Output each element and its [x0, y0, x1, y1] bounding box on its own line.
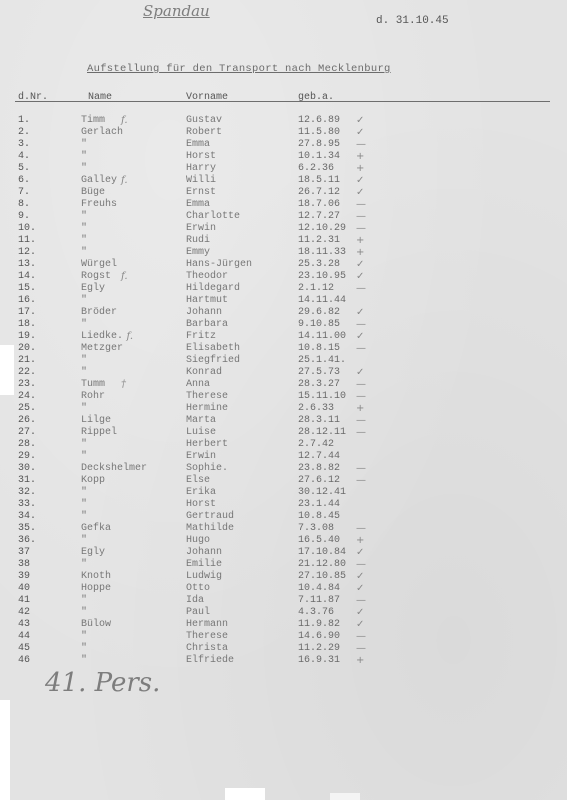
row-mark: ✓ [356, 115, 364, 126]
handwritten-place: Spandau [143, 2, 210, 20]
row-first-name: Fritz [186, 331, 216, 342]
row-mark: + [356, 655, 364, 666]
row-number: 27. [18, 427, 38, 438]
row-name: " [81, 487, 87, 498]
row-number: 4. [18, 151, 38, 162]
row-dob: 14.11.00 [298, 331, 346, 342]
table-row: 2.GerlachRobert11.5.80✓ [0, 127, 567, 139]
row-number: 24. [18, 391, 38, 402]
row-first-name: Erwin [186, 223, 216, 234]
table-row: 27.RippelLuise28.12.11— [0, 427, 567, 439]
row-first-name: Emma [186, 199, 210, 210]
table-row: 22."Konrad27.5.73✓ [0, 367, 567, 379]
row-mark: — [356, 523, 366, 534]
row-name: Lilge [81, 415, 111, 426]
row-name: " [81, 451, 87, 462]
row-number: 32. [18, 487, 38, 498]
row-first-name: Therese [186, 631, 228, 642]
row-dob: 27.6.12 [298, 475, 340, 486]
row-first-name: Elisabeth [186, 343, 240, 354]
document-date: d. 31.10.45 [376, 15, 449, 27]
row-name: " [81, 643, 87, 654]
row-number: 43 [18, 619, 38, 630]
row-dob: 29.6.82 [298, 307, 340, 318]
row-mark: — [356, 559, 366, 570]
row-mark: ✓ [356, 367, 364, 378]
row-name: Tumm [81, 379, 105, 390]
row-number: 42 [18, 607, 38, 618]
row-dob: 15.11.10 [298, 391, 346, 402]
table-row: 8.FreuhsEmma18.7.06— [0, 199, 567, 211]
row-mark: ✓ [356, 331, 364, 342]
torn-edge [330, 793, 360, 800]
row-dob: 10.1.34 [298, 151, 340, 162]
row-dob: 25.1.41. [298, 355, 346, 366]
row-mark: — [356, 211, 366, 222]
row-dob: 28.12.11 [298, 427, 346, 438]
table-row: 18."Barbara9.10.85— [0, 319, 567, 331]
row-first-name: Sophie. [186, 463, 228, 474]
row-dob: 11.2.31 [298, 235, 340, 246]
row-dob: 28.3.27 [298, 379, 340, 390]
row-name: Bülow [81, 619, 111, 630]
row-first-name: Elfriede [186, 655, 234, 666]
row-name: Galley [81, 175, 117, 186]
row-number: 38 [18, 559, 38, 570]
row-number: 9. [18, 211, 38, 222]
row-dob: 18.5.11 [298, 175, 340, 186]
row-mark: — [356, 223, 366, 234]
row-dob: 25.3.28 [298, 259, 340, 270]
row-number: 35. [18, 523, 38, 534]
row-name: " [81, 499, 87, 510]
row-mark: ✓ [356, 127, 364, 138]
row-mark: — [356, 391, 366, 402]
row-number: 29. [18, 451, 38, 462]
row-name: Gerlach [81, 127, 123, 138]
row-first-name: Johann [186, 547, 222, 558]
row-name: " [81, 295, 87, 306]
row-dob: 14.11.44 [298, 295, 346, 306]
row-name: " [81, 151, 87, 162]
row-handwritten-note: † [121, 379, 126, 390]
row-number: 41 [18, 595, 38, 606]
header-rule [15, 101, 550, 102]
row-number: 11. [18, 235, 38, 246]
row-name: " [81, 247, 87, 258]
row-dob: 10.8.45 [298, 511, 340, 522]
row-mark: — [356, 463, 366, 474]
row-first-name: Marta [186, 415, 216, 426]
row-number: 18. [18, 319, 38, 330]
row-name: " [81, 631, 87, 642]
row-dob: 12.7.27 [298, 211, 340, 222]
row-number: 37 [18, 547, 38, 558]
row-name: Kopp [81, 475, 105, 486]
row-first-name: Emma [186, 139, 210, 150]
row-name: " [81, 367, 87, 378]
row-number: 3. [18, 139, 38, 150]
table-row: 36."Hugo16.5.40+ [0, 535, 567, 547]
row-name: Rohr [81, 391, 105, 402]
table-row: 20.MetzgerElisabeth10.8.15— [0, 343, 567, 355]
row-dob: 11.5.80 [298, 127, 340, 138]
table-row: 7.BügeErnst26.7.12✓ [0, 187, 567, 199]
row-dob: 26.7.12 [298, 187, 340, 198]
row-name: Gefka [81, 523, 111, 534]
row-first-name: Erwin [186, 451, 216, 462]
row-name: " [81, 403, 87, 414]
row-first-name: Hildegard [186, 283, 240, 294]
row-first-name: Robert [186, 127, 222, 138]
document-title: Aufstellung für den Transport nach Meckl… [87, 63, 391, 75]
row-first-name: Hugo [186, 535, 210, 546]
row-first-name: Ludwig [186, 571, 222, 582]
row-mark: ✓ [356, 571, 364, 582]
row-dob: 10.4.84 [298, 583, 340, 594]
row-number: 1. [18, 115, 38, 126]
row-number: 46 [18, 655, 38, 666]
row-first-name: Gertraud [186, 511, 234, 522]
row-mark: — [356, 427, 366, 438]
row-first-name: Otto [186, 583, 210, 594]
row-number: 28. [18, 439, 38, 450]
row-name: " [81, 607, 87, 618]
row-name: Hoppe [81, 583, 111, 594]
torn-edge [0, 700, 10, 800]
row-mark: — [356, 343, 366, 354]
table-row: 17.BröderJohann29.6.82✓ [0, 307, 567, 319]
row-name: " [81, 223, 87, 234]
row-dob: 30.12.41 [298, 487, 346, 498]
row-mark: — [356, 319, 366, 330]
table-row: 19.Liedke.Fritz14.11.00✓f. [0, 331, 567, 343]
row-first-name: Horst [186, 151, 216, 162]
row-dob: 17.10.84 [298, 547, 346, 558]
table-row: 34."Gertraud10.8.45 [0, 511, 567, 523]
document-page: Spandau d. 31.10.45 Aufstellung für den … [0, 0, 567, 800]
table-header: d.Nr. Name Vorname geb.a. [0, 92, 567, 104]
row-dob: 11.2.29 [298, 643, 340, 654]
row-mark: — [356, 199, 366, 210]
row-dob: 6.2.36 [298, 163, 334, 174]
row-mark: — [356, 379, 366, 390]
row-name: Liedke. [81, 331, 123, 342]
table-row: 24.RohrTherese15.11.10— [0, 391, 567, 403]
row-dob: 2.7.42 [298, 439, 334, 450]
row-mark: ✓ [356, 259, 364, 270]
row-mark: ✓ [356, 187, 364, 198]
row-mark: + [356, 163, 364, 174]
row-name: " [81, 235, 87, 246]
table-row: 29."Erwin12.7.44 [0, 451, 567, 463]
row-dob: 28.3.11 [298, 415, 340, 426]
row-dob: 23.10.95 [298, 271, 346, 282]
torn-edge [225, 788, 265, 800]
row-handwritten-note: f. [121, 271, 128, 282]
table-row: 4."Horst10.1.34+ [0, 151, 567, 163]
row-name: Rippel [81, 427, 117, 438]
row-name: " [81, 655, 87, 666]
row-first-name: Harry [186, 163, 216, 174]
row-number: 40 [18, 583, 38, 594]
row-number: 20. [18, 343, 38, 354]
table-row: 14.RogstTheodor23.10.95✓f. [0, 271, 567, 283]
table-row: 32."Erika30.12.41 [0, 487, 567, 499]
row-name: Freuhs [81, 199, 117, 210]
table-row: 41"Ida7.11.87— [0, 595, 567, 607]
row-name: Knoth [81, 571, 111, 582]
row-first-name: Hartmut [186, 295, 228, 306]
row-dob: 16.9.31 [298, 655, 340, 666]
row-mark: ✓ [356, 619, 364, 630]
row-mark: + [356, 235, 364, 246]
table-row: 12."Emmy18.11.33+ [0, 247, 567, 259]
table-row: 37EglyJohann17.10.84✓ [0, 547, 567, 559]
row-first-name: Luise [186, 427, 216, 438]
row-mark: ✓ [356, 607, 364, 618]
table-row: 3."Emma27.8.95— [0, 139, 567, 151]
row-name: " [81, 355, 87, 366]
row-number: 39 [18, 571, 38, 582]
row-first-name: Mathilde [186, 523, 234, 534]
row-dob: 2.1.12 [298, 283, 334, 294]
table-row: 43BülowHermann11.9.82✓ [0, 619, 567, 631]
row-dob: 27.5.73 [298, 367, 340, 378]
row-number: 15. [18, 283, 38, 294]
row-first-name: Hermann [186, 619, 228, 630]
row-dob: 27.10.85 [298, 571, 346, 582]
row-dob: 27.8.95 [298, 139, 340, 150]
row-number: 12. [18, 247, 38, 258]
table-row: 33."Horst23.1.44 [0, 499, 567, 511]
row-dob: 7.3.08 [298, 523, 334, 534]
row-number: 10. [18, 223, 38, 234]
row-number: 30. [18, 463, 38, 474]
row-name: " [81, 439, 87, 450]
table-row: 30.DeckshelmerSophie.23.8.82— [0, 463, 567, 475]
table-row: 11."Rudi11.2.31+ [0, 235, 567, 247]
table-row: 28."Herbert2.7.42 [0, 439, 567, 451]
row-dob: 16.5.40 [298, 535, 340, 546]
row-dob: 23.8.82 [298, 463, 340, 474]
row-mark: — [356, 631, 366, 642]
row-number: 2. [18, 127, 38, 138]
row-mark: ✓ [356, 175, 364, 186]
row-first-name: Gustav [186, 115, 222, 126]
row-name: Timm [81, 115, 105, 126]
table-row: 16."Hartmut14.11.44 [0, 295, 567, 307]
row-name: " [81, 163, 87, 174]
row-number: 17. [18, 307, 38, 318]
row-dob: 11.9.82 [298, 619, 340, 630]
row-name: " [81, 595, 87, 606]
table-row: 5."Harry6.2.36+ [0, 163, 567, 175]
row-first-name: Barbara [186, 319, 228, 330]
row-number: 45 [18, 643, 38, 654]
row-number: 34. [18, 511, 38, 522]
row-number: 13. [18, 259, 38, 270]
row-mark: — [356, 139, 366, 150]
row-first-name: Ernst [186, 187, 216, 198]
table-row: 35.GefkaMathilde7.3.08— [0, 523, 567, 535]
row-first-name: Willi [186, 175, 216, 186]
row-number: 19. [18, 331, 38, 342]
row-first-name: Rudi [186, 235, 210, 246]
row-dob: 23.1.44 [298, 499, 340, 510]
row-mark: ✓ [356, 547, 364, 558]
row-dob: 12.6.89 [298, 115, 340, 126]
row-name: Würgel [81, 259, 117, 270]
row-first-name: Charlotte [186, 211, 240, 222]
handwritten-total: 41. Pers. [45, 668, 160, 698]
row-first-name: Herbert [186, 439, 228, 450]
row-dob: 4.3.76 [298, 607, 334, 618]
row-first-name: Emmy [186, 247, 210, 258]
table-row: 26.LilgeMarta28.3.11— [0, 415, 567, 427]
row-number: 25. [18, 403, 38, 414]
row-mark: + [356, 247, 364, 258]
table-row: 15.EglyHildegard2.1.12— [0, 283, 567, 295]
row-mark: + [356, 403, 364, 414]
table-row: 9."Charlotte12.7.27— [0, 211, 567, 223]
table-row: 40HoppeOtto10.4.84✓ [0, 583, 567, 595]
row-mark: — [356, 415, 366, 426]
row-name: Bröder [81, 307, 117, 318]
row-name: Egly [81, 283, 105, 294]
table-row: 13.WürgelHans-Jürgen25.3.28✓ [0, 259, 567, 271]
row-number: 33. [18, 499, 38, 510]
row-number: 23. [18, 379, 38, 390]
row-first-name: Christa [186, 643, 228, 654]
row-name: Metzger [81, 343, 123, 354]
row-name: " [81, 139, 87, 150]
row-dob: 18.11.33 [298, 247, 346, 258]
row-name: " [81, 211, 87, 222]
row-number: 5. [18, 163, 38, 174]
row-number: 44 [18, 631, 38, 642]
row-number: 36. [18, 535, 38, 546]
row-first-name: Konrad [186, 367, 222, 378]
row-number: 14. [18, 271, 38, 282]
table-row: 6.GalleyWilli18.5.11✓f. [0, 175, 567, 187]
row-dob: 10.8.15 [298, 343, 340, 354]
row-number: 26. [18, 415, 38, 426]
row-first-name: Else [186, 475, 210, 486]
row-mark: — [356, 475, 366, 486]
row-name: " [81, 535, 87, 546]
row-number: 6. [18, 175, 38, 186]
table-row: 31.KoppElse27.6.12— [0, 475, 567, 487]
row-mark: ✓ [356, 307, 364, 318]
row-first-name: Ida [186, 595, 204, 606]
row-mark: ✓ [356, 583, 364, 594]
table-row: 21."Siegfried25.1.41. [0, 355, 567, 367]
row-number: 16. [18, 295, 38, 306]
row-first-name: Paul [186, 607, 210, 618]
table-row: 42"Paul4.3.76✓ [0, 607, 567, 619]
row-number: 31. [18, 475, 38, 486]
row-handwritten-note: f. [127, 331, 134, 342]
table-row: 45"Christa11.2.29— [0, 643, 567, 655]
row-dob: 2.6.33 [298, 403, 334, 414]
row-dob: 14.6.90 [298, 631, 340, 642]
row-handwritten-note: f. [121, 115, 128, 126]
row-mark: + [356, 151, 364, 162]
row-dob: 12.10.29 [298, 223, 346, 234]
row-first-name: Hermine [186, 403, 228, 414]
row-handwritten-note: f. [121, 175, 128, 186]
row-first-name: Erika [186, 487, 216, 498]
row-mark: + [356, 535, 364, 546]
row-first-name: Theodor [186, 271, 228, 282]
row-dob: 9.10.85 [298, 319, 340, 330]
table-row: 1.TimmGustav12.6.89✓f. [0, 115, 567, 127]
table-row: 44"Therese14.6.90— [0, 631, 567, 643]
row-first-name: Horst [186, 499, 216, 510]
table-row: 46"Elfriede16.9.31+ [0, 655, 567, 667]
row-first-name: Emilie [186, 559, 222, 570]
row-first-name: Anna [186, 379, 210, 390]
table-row: 10."Erwin12.10.29— [0, 223, 567, 235]
row-number: 7. [18, 187, 38, 198]
row-dob: 21.12.80 [298, 559, 346, 570]
row-number: 21. [18, 355, 38, 366]
row-first-name: Hans-Jürgen [186, 259, 252, 270]
row-mark: ✓ [356, 271, 364, 282]
row-mark: — [356, 283, 366, 294]
row-name: " [81, 319, 87, 330]
row-name: Rogst [81, 271, 111, 282]
row-name: Büge [81, 187, 105, 198]
row-first-name: Johann [186, 307, 222, 318]
row-first-name: Therese [186, 391, 228, 402]
row-number: 8. [18, 199, 38, 210]
row-number: 22. [18, 367, 38, 378]
row-dob: 18.7.06 [298, 199, 340, 210]
row-name: " [81, 559, 87, 570]
row-name: Deckshelmer [81, 463, 147, 474]
table-row: 38"Emilie21.12.80— [0, 559, 567, 571]
row-name: Egly [81, 547, 105, 558]
row-name: " [81, 511, 87, 522]
table-row: 23.TummAnna28.3.27—† [0, 379, 567, 391]
table-row: 25."Hermine2.6.33+ [0, 403, 567, 415]
row-mark: — [356, 595, 366, 606]
row-first-name: Siegfried [186, 355, 240, 366]
row-dob: 7.11.87 [298, 595, 340, 606]
row-mark: — [356, 643, 366, 654]
table-row: 39KnothLudwig27.10.85✓ [0, 571, 567, 583]
row-dob: 12.7.44 [298, 451, 340, 462]
